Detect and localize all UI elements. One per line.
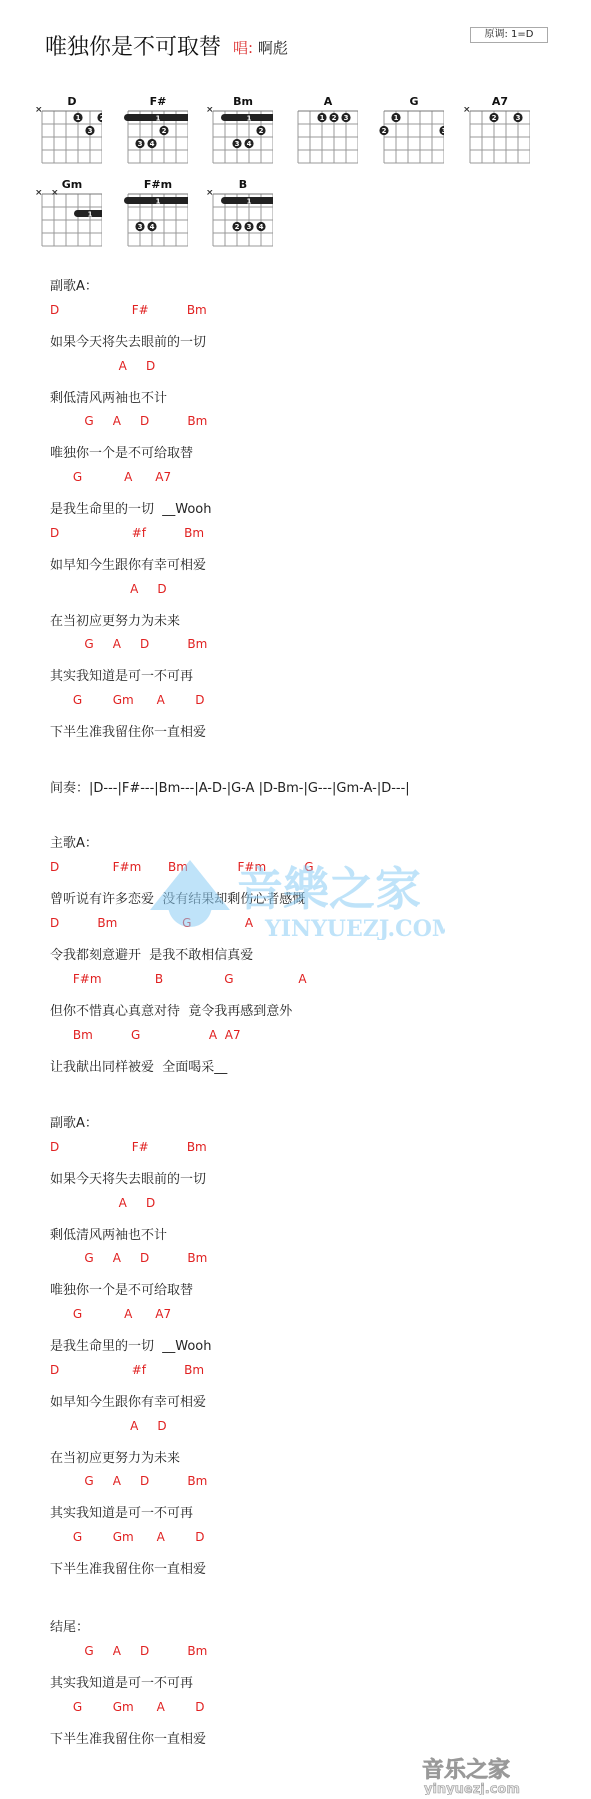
- svg-text:3: 3: [247, 223, 252, 231]
- chord-line: A D: [50, 1196, 155, 1210]
- lyric-line: 曾听说有许多恋爱 没有结果却剩伤心者感慨: [50, 888, 305, 907]
- section-label: 主歌A：: [50, 832, 98, 851]
- svg-text:2: 2: [492, 114, 497, 122]
- svg-text:3: 3: [138, 140, 143, 148]
- chord-diagram: A7×23: [458, 95, 530, 165]
- chord-line: A D: [50, 1419, 167, 1433]
- section-label: 副歌A：: [50, 275, 98, 294]
- chord-line: G A D Bm: [50, 1251, 207, 1265]
- chord-line: D F#m Bm F#m G: [50, 860, 314, 874]
- lyric-line: 剩低清风两袖也不计: [50, 1224, 167, 1243]
- lyric-line: 是我生命里的一切 __Wooh: [50, 498, 212, 517]
- svg-text:1: 1: [156, 198, 161, 206]
- svg-text:1: 1: [247, 115, 252, 123]
- lyric-line: 如早知今生跟你有幸可相爱: [50, 554, 206, 573]
- svg-text:2: 2: [332, 114, 337, 122]
- lyric-line: 如早知今生跟你有幸可相爱: [50, 1391, 206, 1410]
- chord-diagram: F#m134: [116, 178, 188, 248]
- fretboard-grid: ×1234: [201, 107, 273, 167]
- singer-name: 啊彪: [258, 39, 288, 57]
- svg-text:4: 4: [150, 223, 155, 231]
- lyric-line: 让我献出同样被爱 全面喝采__: [50, 1056, 227, 1075]
- fretboard-grid: 1234: [116, 107, 188, 167]
- lyric-line: 其实我知道是可一不可再: [50, 1672, 193, 1691]
- chord-line: F#m B G A: [50, 972, 307, 986]
- svg-text:2: 2: [259, 127, 264, 135]
- section-label: 结尾：: [50, 1616, 89, 1635]
- lyric-line: 唯独你一个是不可给取替: [50, 1279, 193, 1298]
- chord-diagram: B×1234: [201, 178, 273, 248]
- svg-text:4: 4: [150, 140, 155, 148]
- chord-line: G Gm A D: [50, 693, 205, 707]
- svg-text:1: 1: [88, 211, 93, 219]
- chord-line: A D: [50, 582, 167, 596]
- svg-text:3: 3: [442, 127, 444, 135]
- lyric-line: 下半生准我留住你一直相爱: [50, 1728, 206, 1747]
- fretboard-grid: ×23: [458, 107, 530, 167]
- chord-line: G A A7: [50, 470, 171, 484]
- chord-line: D #f Bm: [50, 1363, 204, 1377]
- svg-text:2: 2: [382, 127, 387, 135]
- chord-diagram: A123: [286, 95, 358, 165]
- fretboard-grid: ×1234: [201, 190, 273, 250]
- svg-text:音乐之家: 音乐之家: [422, 1757, 510, 1783]
- fretboard-grid: ×123: [30, 107, 102, 167]
- svg-text:2: 2: [100, 114, 102, 122]
- section-label: 间奏：|D---|F#---|Bm---|A-D-|G-A |D-Bm-|G--…: [50, 777, 410, 796]
- lyric-line: 但你不惜真心真意对待 竟令我再感到意外: [50, 1000, 292, 1019]
- chord-line: D F# Bm: [50, 303, 207, 317]
- chord-line: Bm G A A7: [50, 1028, 241, 1042]
- lyric-line: 其实我知道是可一不可再: [50, 665, 193, 684]
- svg-text:3: 3: [235, 140, 240, 148]
- svg-text:3: 3: [516, 114, 521, 122]
- chord-diagram: Bm×1234: [201, 95, 273, 165]
- chord-line: G A D Bm: [50, 1474, 207, 1488]
- svg-text:3: 3: [138, 223, 143, 231]
- chord-line: G A D Bm: [50, 637, 207, 651]
- lyric-line: 唯独你一个是不可给取替: [50, 442, 193, 461]
- svg-text:3: 3: [344, 114, 349, 122]
- lyric-line: 令我都刻意避开 是我不敢相信真爱: [50, 944, 253, 963]
- lyric-line: 是我生命里的一切 __Wooh: [50, 1335, 212, 1354]
- chord-diagram: G123: [372, 95, 444, 165]
- svg-text:1: 1: [76, 114, 81, 122]
- fretboard-grid: 123: [286, 107, 358, 167]
- muted-string-icon: ×: [206, 190, 214, 198]
- lyric-line: 其实我知道是可一不可再: [50, 1502, 193, 1521]
- muted-string-icon: ×: [463, 107, 471, 115]
- svg-text:2: 2: [162, 127, 167, 135]
- chord-line: G A D Bm: [50, 414, 207, 428]
- chord-line: A D: [50, 359, 155, 373]
- fretboard-grid: 134: [116, 190, 188, 250]
- svg-text:1: 1: [247, 198, 252, 206]
- chord-line: G A A7: [50, 1307, 171, 1321]
- chord-line: D Bm G A: [50, 916, 253, 930]
- svg-text:1: 1: [320, 114, 325, 122]
- chord-line: D F# Bm: [50, 1140, 207, 1154]
- lyric-line: 如果今天将失去眼前的一切: [50, 331, 206, 350]
- singer-label: 唱:: [233, 39, 253, 57]
- lyric-line: 下半生准我留住你一直相爱: [50, 721, 206, 740]
- singer-info: 唱: 啊彪: [233, 37, 288, 58]
- chord-diagram: F#1234: [116, 95, 188, 165]
- song-title: 唯独你是不可取替: [45, 30, 221, 61]
- chord-line: G A D Bm: [50, 1644, 207, 1658]
- chord-line: D #f Bm: [50, 526, 204, 540]
- fretboard-grid: ××1: [30, 190, 102, 250]
- svg-text:yinyuezj.com: yinyuezj.com: [424, 1782, 520, 1795]
- chord-line: G Gm A D: [50, 1700, 205, 1714]
- chord-diagram: Gm××1: [30, 178, 102, 248]
- svg-text:1: 1: [394, 114, 399, 122]
- muted-string-icon: ×: [206, 107, 214, 115]
- muted-string-icon: ×: [35, 190, 43, 198]
- svg-text:4: 4: [259, 223, 264, 231]
- svg-text:4: 4: [247, 140, 252, 148]
- svg-text:2: 2: [235, 223, 240, 231]
- lyric-line: 下半生准我留住你一直相爱: [50, 1558, 206, 1577]
- svg-text:3: 3: [88, 127, 93, 135]
- lyric-line: 如果今天将失去眼前的一切: [50, 1168, 206, 1187]
- chord-diagram: D×123: [30, 95, 102, 165]
- lyric-line: 在当初应更努力为未来: [50, 1447, 180, 1466]
- section-label: 副歌A：: [50, 1112, 98, 1131]
- svg-text:YINYUEZJ.COM: YINYUEZJ.COM: [264, 916, 445, 940]
- corner-watermark: 音乐之家 yinyuezj.com: [418, 1755, 558, 1795]
- chord-line: G Gm A D: [50, 1530, 205, 1544]
- svg-text:1: 1: [156, 115, 161, 123]
- muted-string-icon: ×: [51, 190, 59, 198]
- original-key-badge: 原调: 1=D: [470, 27, 548, 43]
- lyric-line: 在当初应更努力为未来: [50, 610, 180, 629]
- fretboard-grid: 123: [372, 107, 444, 167]
- lyric-line: 剩低清风两袖也不计: [50, 387, 167, 406]
- muted-string-icon: ×: [35, 107, 43, 115]
